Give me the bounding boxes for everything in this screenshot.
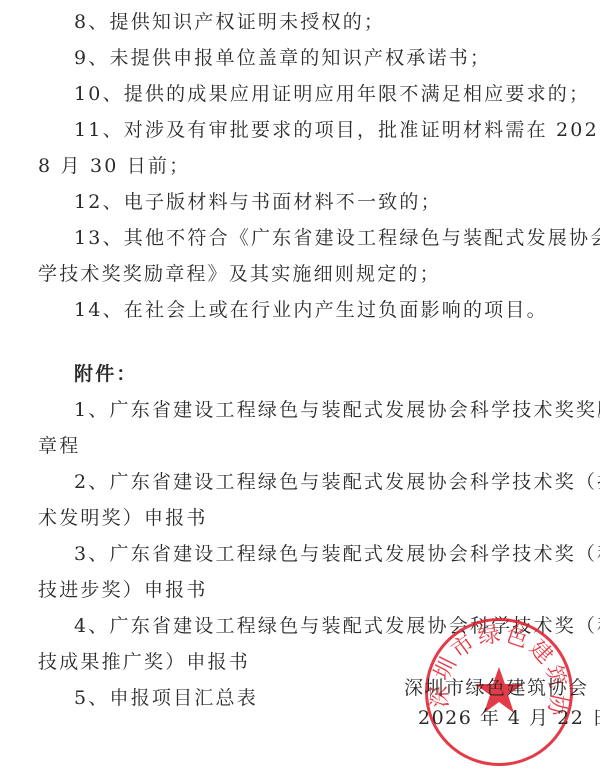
attachment-2: 2、广东省建设工程绿色与装配式发展协会科学技术奖（技 <box>74 470 600 494</box>
attachment-3: 3、广东省建设工程绿色与装配式发展协会科学技术奖（科 <box>74 542 600 566</box>
signature-date: 2026 年 4 月 22 日 <box>418 706 600 730</box>
signature-organization: 深圳市绿色建筑协会 <box>404 676 589 700</box>
attachments-heading: 附件： <box>74 362 138 386</box>
clause-8: 8、提供知识产权证明未授权的； <box>74 10 385 34</box>
clause-13-continued: 学技术奖奖励章程》及其实施细则规定的； <box>38 262 441 286</box>
attachment-1-continued: 章程 <box>38 434 80 458</box>
clause-14: 14、在社会上或在行业内产生过负面影响的项目。 <box>74 298 548 322</box>
attachment-5: 5、申报项目汇总表 <box>74 686 258 710</box>
clause-13: 13、其他不符合《广东省建设工程绿色与装配式发展协会科 <box>74 226 600 250</box>
clause-10: 10、提供的成果应用证明应用年限不满足相应要求的； <box>74 82 590 106</box>
clause-11-continued: 8 月 30 日前； <box>38 154 190 178</box>
attachment-3-continued: 技进步奖）申报书 <box>38 578 208 602</box>
clause-9: 9、未提供申报单位盖章的知识产权承诺书； <box>74 46 491 70</box>
document-page: 8、提供知识产权证明未授权的； 9、未提供申报单位盖章的知识产权承诺书； 10、… <box>0 0 600 771</box>
clause-11: 11、对涉及有审批要求的项目，批准证明材料需在 2026 年 <box>74 118 600 142</box>
clause-12: 12、电子版材料与书面材料不一致的； <box>74 190 442 214</box>
attachment-1: 1、广东省建设工程绿色与装配式发展协会科学技术奖奖励 <box>74 398 600 422</box>
attachment-2-continued: 术发明奖）申报书 <box>38 506 208 530</box>
attachment-4-continued: 技成果推广奖）申报书 <box>38 650 250 674</box>
